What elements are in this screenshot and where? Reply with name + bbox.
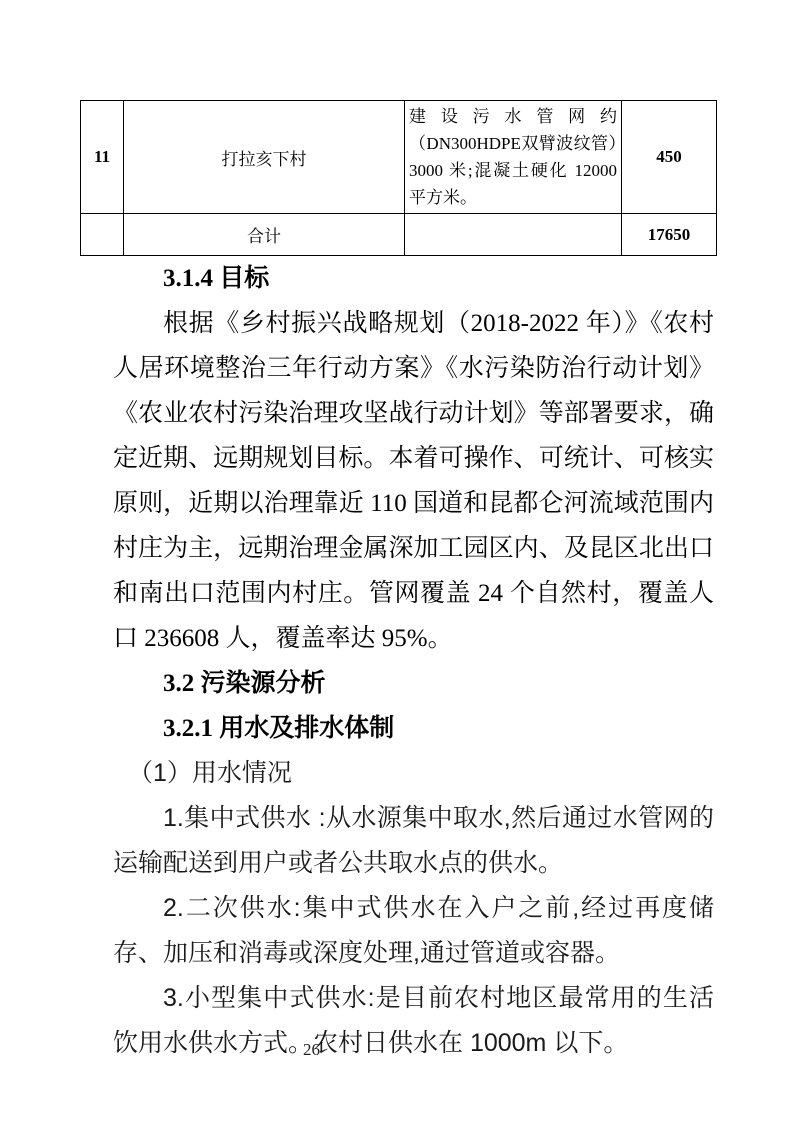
- cell-village-name: 打拉亥下村: [124, 101, 405, 214]
- item-small-centralized-water-supply: 3.小型集中式供水:是目前农村地区最常用的生活饮用水供水方式。农村日供水在 10…: [113, 976, 714, 1066]
- table-row-village: 11 打拉亥下村 建设污水管网约（DN300HDPE双臂波纹管）3000 米;混…: [81, 101, 717, 214]
- cell-project-description: 建设污水管网约（DN300HDPE双臂波纹管）3000 米;混凝土硬化 1200…: [405, 101, 622, 214]
- cell-total-amount: 17650: [622, 214, 717, 256]
- item-secondary-water-supply: 2.二次供水:集中式供水在入户之前,经过再度储存、加压和消毒或深度处理,通过管道…: [113, 886, 714, 976]
- project-table: 11 打拉亥下村 建设污水管网约（DN300HDPE双臂波纹管）3000 米;混…: [80, 100, 717, 256]
- cell-row-number: 11: [81, 101, 124, 214]
- heading-3-1-4-goal: 3.1.4 目标: [113, 256, 714, 301]
- cell-row-number: [81, 214, 124, 256]
- item-centralized-water-supply: 1.集中式供水 :从水源集中取水,然后通过水管网的运输配送到用户或者公共取水点的…: [113, 796, 714, 886]
- paragraph-planning-goal: 根据《乡村振兴战略规划（2018-2022 年）》《农村人居环境整治三年行动方案…: [113, 301, 714, 661]
- page-number: 26: [303, 1040, 320, 1060]
- subheading-water-usage: （1）用水情况: [113, 751, 714, 796]
- heading-3-2-1-water-use-and-drainage: 3.2.1 用水及排水体制: [113, 706, 714, 751]
- cell-project-description: [405, 214, 622, 256]
- heading-3-2-pollution-source-analysis: 3.2 污染源分析: [113, 661, 714, 706]
- cell-amount: 450: [622, 101, 717, 214]
- cell-total-label: 合计: [124, 214, 405, 256]
- document-page: 11 打拉亥下村 建设污水管网约（DN300HDPE双臂波纹管）3000 米;混…: [0, 0, 793, 1122]
- table-row-total: 合计 17650: [81, 214, 717, 256]
- document-body: 3.1.4 目标 根据《乡村振兴战略规划（2018-2022 年）》《农村人居环…: [113, 256, 714, 1066]
